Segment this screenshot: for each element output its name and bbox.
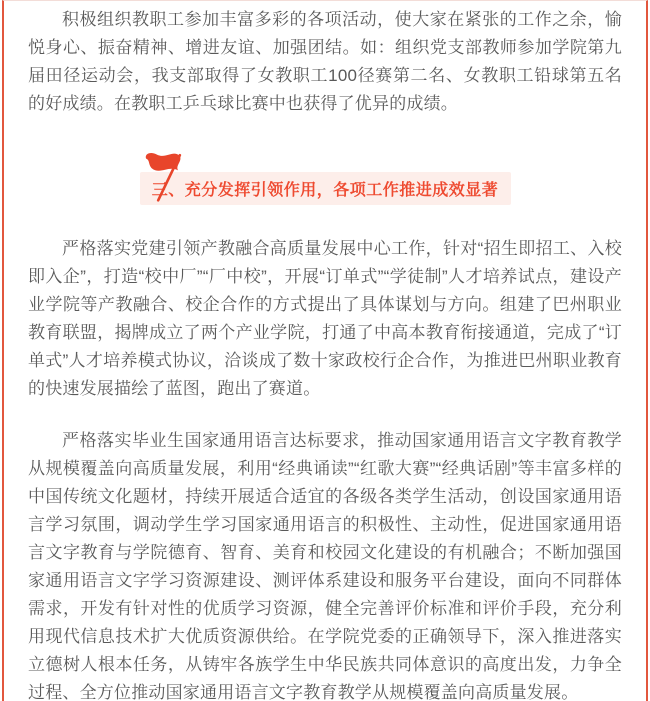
red-flag-icon <box>140 147 192 205</box>
article-content: 积极组织教职工参加丰富多彩的各项活动，使大家在紧张的工作之余，愉悦身心、振奋精神… <box>0 0 650 701</box>
paragraph-party-building: 严格落实党建引领产教融合高质量发展中心工作，针对“招生即招工、入校即入企”，打造… <box>28 235 622 403</box>
paragraph-language-education: 严格落实毕业生国家通用语言达标要求，推动国家通用语言文字教育教学从规模覆盖向高质… <box>28 427 622 701</box>
section-title-bar: 三、充分发挥引领作用，各项工作推进成效显著 <box>140 172 511 205</box>
article-page: 积极组织教职工参加丰富多彩的各项活动，使大家在紧张的工作之余，愉悦身心、振奋精神… <box>0 0 650 701</box>
paragraph-staff-activities: 积极组织教职工参加丰富多彩的各项活动，使大家在紧张的工作之余，愉悦身心、振奋精神… <box>28 6 622 118</box>
section-header: 三、充分发挥引领作用，各项工作推进成效显著 <box>140 172 511 205</box>
section-title: 三、充分发挥引领作用，各项工作推进成效显著 <box>152 177 499 200</box>
